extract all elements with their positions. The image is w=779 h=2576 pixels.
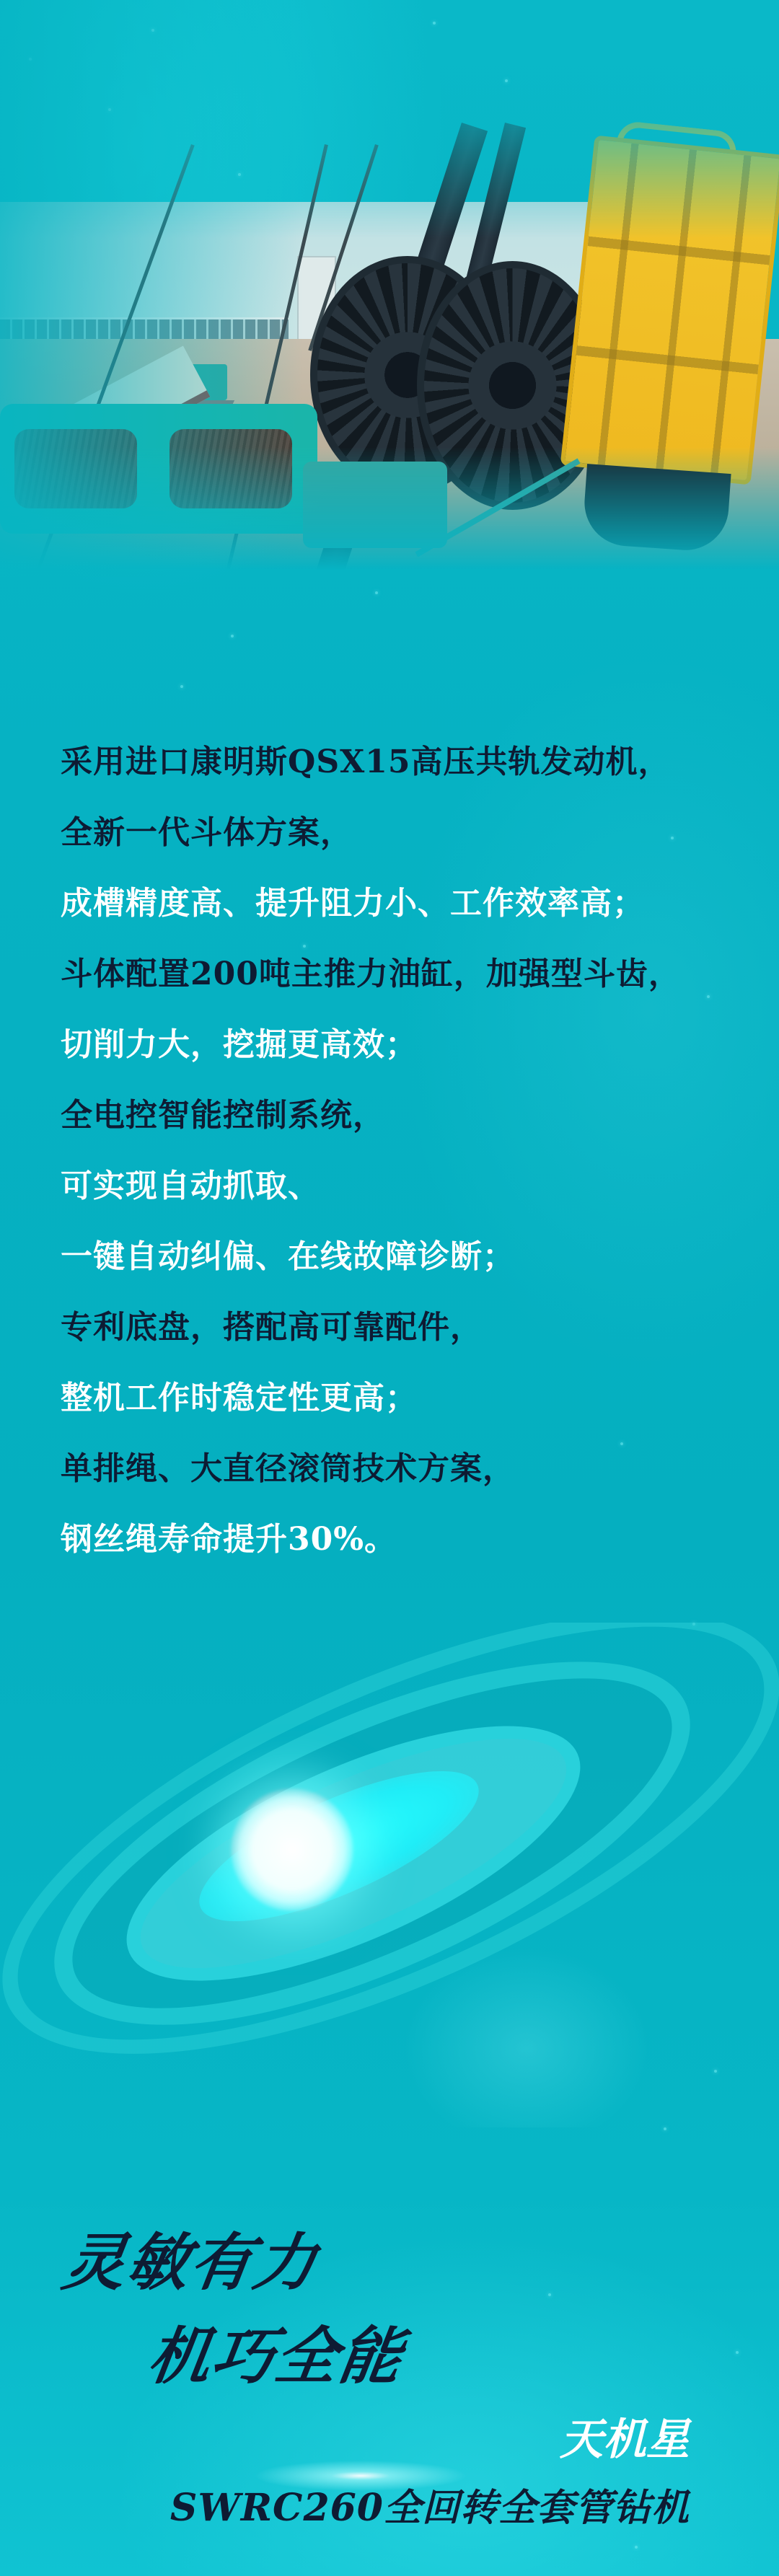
feature-line: 可实现自动抓取、 (61, 1167, 753, 1238)
feature-line: 整机工作时稳定性更高； (61, 1379, 753, 1450)
feature-line: 专利底盘，搭配高可靠配件， (61, 1308, 753, 1379)
feature-line: 成槽精度高、提升阻力小、工作效率高； (61, 884, 753, 955)
feature-line: 一键自动纠偏、在线故障诊断； (61, 1238, 753, 1308)
product-name: 天机星 (560, 2414, 690, 2465)
feature-line: 斗体配置200吨主推力油缸，加强型斗齿， (61, 955, 753, 1025)
feature-list: 采用进口康明斯QSX15高压共轨发动机， 全新一代斗体方案， 成槽精度高、提升阻… (61, 743, 753, 1591)
feature-line: 采用进口康明斯QSX15高压共轨发动机， (61, 743, 753, 813)
feature-line: 全新一代斗体方案， (61, 813, 753, 884)
glowing-orb-icon (231, 1788, 353, 1911)
machine-body (303, 462, 447, 548)
product-model: SWRC260全回转全套管钻机 (170, 2485, 690, 2531)
photo-left-fade (0, 0, 303, 577)
headline-line-2: 机巧全能 (144, 2321, 408, 2393)
galaxy-orb-graphic (0, 1623, 779, 2127)
feature-line: 钢丝绳寿命提升30%。 (61, 1520, 753, 1591)
headline-line-1: 灵敏有力 (58, 2227, 322, 2299)
feature-line: 单排绳、大直径滚筒技术方案， (61, 1450, 753, 1520)
feature-line: 全电控智能控制系统， (61, 1096, 753, 1167)
yellow-oscillator-frame (560, 135, 779, 485)
feature-line: 切削力大，挖掘更高效； (61, 1025, 753, 1096)
hero-photo (0, 0, 779, 577)
